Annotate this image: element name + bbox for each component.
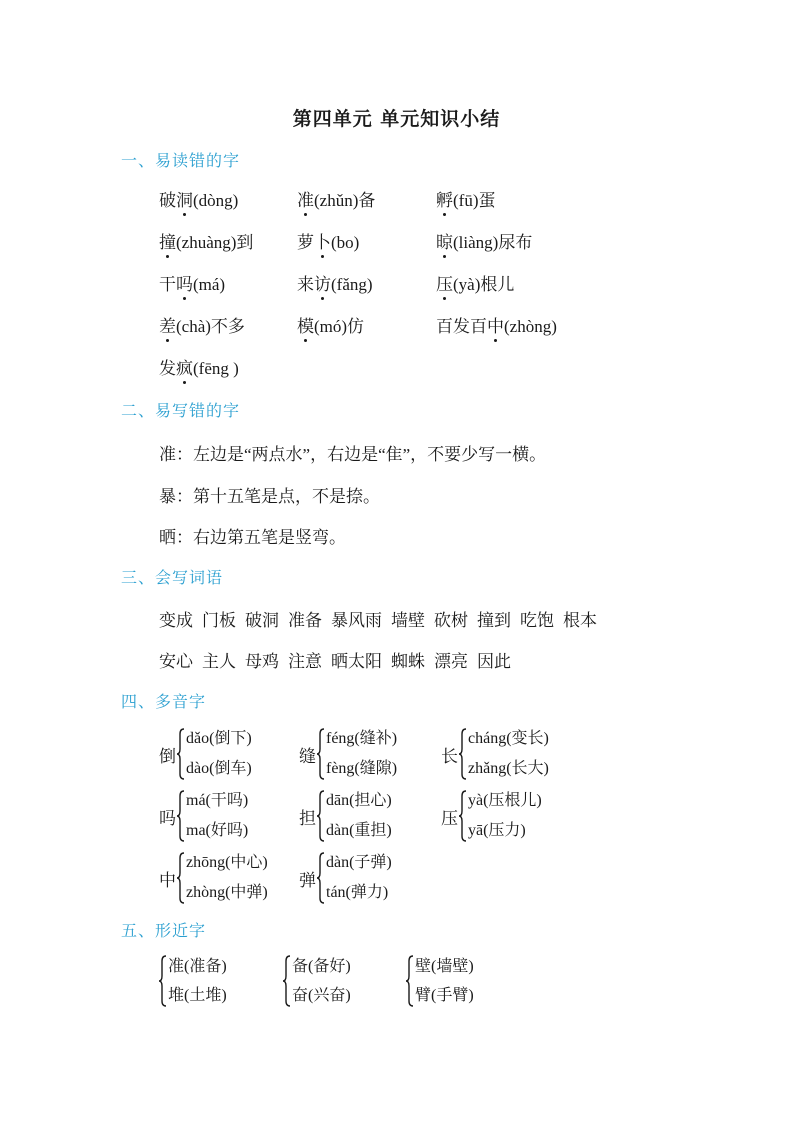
section-heading-4: 四、多音字 <box>121 689 206 712</box>
word: 撞到 <box>477 611 511 630</box>
brace-icon <box>317 852 325 904</box>
misread-item: 孵(fū)蛋 <box>436 186 495 211</box>
misread-item: 萝卜(bo) <box>297 228 359 253</box>
word: 根本 <box>563 611 597 630</box>
word: 晒太阳 <box>331 652 382 671</box>
similar-char-group: 准(准备)堆(土堆) <box>159 952 227 1010</box>
similar-char-group: 壁(墙壁)臂(手臂) <box>406 952 474 1010</box>
section-heading-5: 五、形近字 <box>121 918 206 941</box>
polyphone-group: 压 yà(压根儿)yā(压力) <box>441 786 542 846</box>
word: 吃饱 <box>520 611 554 630</box>
polyphone-group: 弹 dàn(子弹)tán(弹力) <box>299 848 392 908</box>
similar-char-group: 备(备好)奋(兴奋) <box>283 952 351 1010</box>
polyphone-group: 倒 dǎo(倒下)dào(倒车) <box>159 724 252 784</box>
miswrite-note: 准：左边是“两点水”，右边是“隹”，不要少写一横。 <box>159 440 546 465</box>
polyphone-group: 缝 féng(缝补)fèng(缝隙) <box>299 724 397 784</box>
polyphone-group: 长 cháng(变长)zhǎng(长大) <box>441 724 549 784</box>
word: 母鸡 <box>245 652 279 671</box>
brace-icon <box>177 728 185 780</box>
word: 墙壁 <box>391 611 425 630</box>
misread-item: 来访(fǎng) <box>297 270 373 295</box>
word-list-row-1: 变成门板破洞准备暴风雨墙壁砍树撞到吃饱根本 <box>159 606 606 631</box>
brace-icon <box>177 852 185 904</box>
brace-icon <box>283 955 291 1007</box>
word: 变成 <box>159 611 193 630</box>
word: 暴风雨 <box>331 611 382 630</box>
word: 安心 <box>159 652 193 671</box>
polyphone-group: 中 zhōng(中心)zhòng(中弹) <box>159 848 268 908</box>
miswrite-note: 暴：第十五笔是点，不是捺。 <box>159 482 380 507</box>
page-title: 第四单元 单元知识小结 <box>0 104 793 131</box>
brace-icon <box>177 790 185 842</box>
word: 砍树 <box>434 611 468 630</box>
misread-item: 晾(liàng)尿布 <box>436 228 532 253</box>
word-list-row-2: 安心主人母鸡注意晒太阳蜘蛛漂亮因此 <box>159 647 520 672</box>
brace-icon <box>317 728 325 780</box>
section-heading-1: 一、易读错的字 <box>121 148 240 171</box>
word: 蜘蛛 <box>391 652 425 671</box>
misread-item: 发疯(fēng ) <box>159 354 239 379</box>
brace-icon <box>406 955 414 1007</box>
polyphone-group: 担 dān(担心)dàn(重担) <box>299 786 392 846</box>
polyphone-group: 吗 má(干吗)ma(好吗) <box>159 786 248 846</box>
misread-item: 差(chà)不多 <box>159 312 245 337</box>
word: 破洞 <box>245 611 279 630</box>
section-heading-3: 三、会写词语 <box>121 565 223 588</box>
word: 因此 <box>477 652 511 671</box>
word: 准备 <box>288 611 322 630</box>
miswrite-note: 晒：右边第五笔是竖弯。 <box>159 523 346 548</box>
brace-icon <box>317 790 325 842</box>
misread-item: 撞(zhuàng)到 <box>159 228 253 253</box>
word: 门板 <box>202 611 236 630</box>
misread-item: 准(zhǔn)备 <box>297 186 375 211</box>
word: 主人 <box>202 652 236 671</box>
misread-item: 破洞(dòng) <box>159 186 238 211</box>
misread-item: 模(mó)仿 <box>297 312 364 337</box>
word: 注意 <box>288 652 322 671</box>
brace-icon <box>159 955 167 1007</box>
misread-item: 压(yà)根儿 <box>436 270 514 295</box>
brace-icon <box>459 728 467 780</box>
misread-item: 干吗(má) <box>159 270 225 295</box>
section-heading-2: 二、易写错的字 <box>121 398 240 421</box>
brace-icon <box>459 790 467 842</box>
misread-item: 百发百中(zhòng) <box>436 312 557 337</box>
word: 漂亮 <box>434 652 468 671</box>
